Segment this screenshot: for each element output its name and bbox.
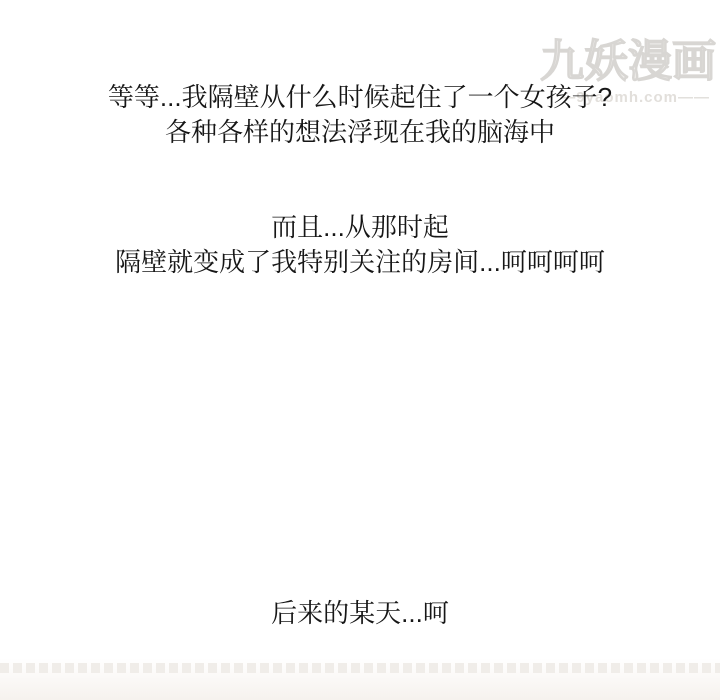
watermark-logo-text: 九妖漫画 [540,40,716,84]
comic-page: 九妖漫画 —9yaomh.com—— 等等...我隔壁从什么时候起住了一个女孩子… [0,0,720,700]
narration-line: 后来的某天...呵 [0,596,720,631]
film-perforation-row [0,663,720,673]
narration-line: 隔壁就变成了我特别关注的房间...呵呵呵呵 [0,245,720,280]
narration-line: 等等...我隔壁从什么时候起住了一个女孩子? [0,80,720,115]
narration-block-3: 后来的某天...呵 [0,596,720,631]
narration-block-2: 而且...从那时起 隔壁就变成了我特别关注的房间...呵呵呵呵 [0,210,720,280]
bottom-border-decoration [0,652,720,700]
narration-block-1: 等等...我隔壁从什么时候起住了一个女孩子? 各种各样的想法浮现在我的脑海中 [0,80,720,150]
narration-line: 而且...从那时起 [0,210,720,245]
narration-line: 各种各样的想法浮现在我的脑海中 [0,115,720,150]
